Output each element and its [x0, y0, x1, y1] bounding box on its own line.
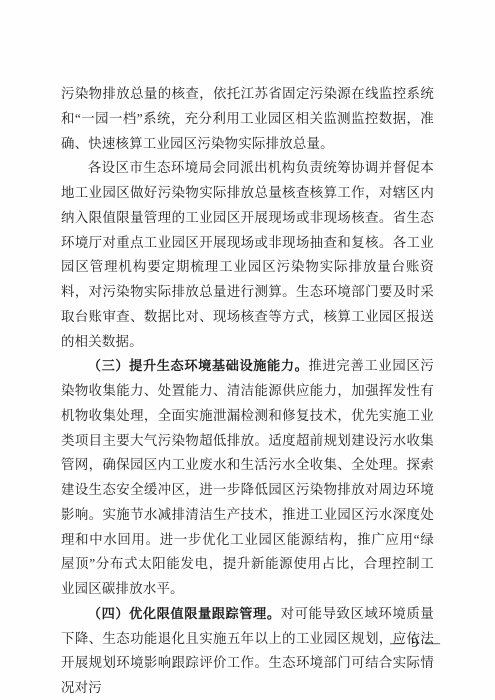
- document-page: 污染物排放总量的核查，依托江苏省固定污染源在线监控系统和“一园一档”系统，充分利…: [0, 0, 495, 700]
- paragraph: 各设区市生态环境局会同派出机构负责统筹协调并督促本地工业园区做好污染物实际排放总…: [61, 156, 434, 354]
- paragraph-text: 推进完善工业园区污染物收集能力、处置能力、清洁能源供应能力，加强挥发性有机物收集…: [61, 358, 434, 596]
- page-number: — 9 —: [390, 636, 442, 652]
- document-body: 污染物排放总量的核查，依托江苏省固定污染源在线监控系统和“一园一档”系统，充分利…: [61, 82, 434, 700]
- paragraph-section-3: （三）提升生态环境基础设施能力。推进完善工业园区污染物收集能力、处置能力、清洁能…: [61, 354, 434, 602]
- paragraph-text: 各设区市生态环境局会同派出机构负责统筹协调并督促本地工业园区做好污染物实际排放总…: [61, 160, 434, 348]
- section-3-heading: （三）提升生态环境基础设施能力。: [88, 358, 309, 373]
- paragraph-continuation: 污染物排放总量的核查，依托江苏省固定污染源在线监控系统和“一园一档”系统，充分利…: [61, 82, 434, 156]
- paragraph-text: 污染物排放总量的核查，依托江苏省固定污染源在线监控系统和“一园一档”系统，充分利…: [61, 86, 434, 151]
- paragraph-section-4: （四）优化限值限量跟踪管理。对可能导致区域环境质量下降、生态功能退化且实施五年以…: [61, 602, 434, 700]
- section-4-heading: （四）优化限值限量跟踪管理。: [88, 606, 281, 621]
